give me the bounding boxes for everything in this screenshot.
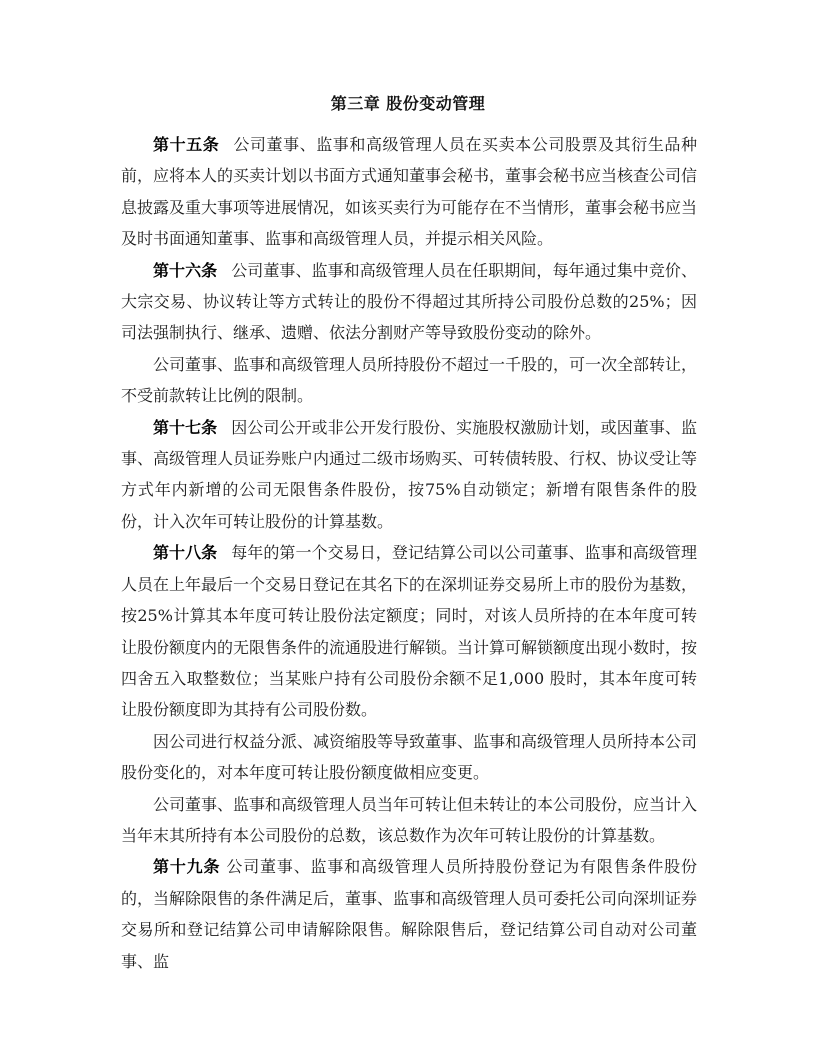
- article-heading: 第十九条: [153, 857, 220, 876]
- document-body: 第十五条公司董事、监事和高级管理人员在买卖本公司股票及其衍生品种前，应将本人的买…: [121, 129, 697, 977]
- article-17: 第十七条因公司公开或非公开发行股份、实施股权激励计划，或因董事、监事、高级管理人…: [121, 412, 697, 538]
- article-18: 第十八条每年的第一个交易日，登记结算公司以公司董事、监事和高级管理人员在上年最后…: [121, 537, 697, 725]
- article-heading: 第十六条: [153, 261, 217, 280]
- article-heading: 第十八条: [153, 543, 217, 562]
- paragraph-text: 因公司进行权益分派、减资缩股等导致董事、监事和高级管理人员所持本公司股份变化的，…: [121, 732, 697, 782]
- paragraph-text: 公司董事、监事和高级管理人员所持股份不超过一千股的，可一次全部转让，不受前款转让…: [121, 355, 697, 405]
- article-19: 第十九条公司董事、监事和高级管理人员所持股份登记为有限售条件股份的，当解除限售的…: [121, 851, 697, 977]
- article-15: 第十五条公司董事、监事和高级管理人员在买卖本公司股票及其衍生品种前，应将本人的买…: [121, 129, 697, 255]
- paragraph-text: 公司董事、监事和高级管理人员当年可转让但未转让的本公司股份，应当计入当年末其所持…: [121, 795, 697, 845]
- document-page: 第三章 股份变动管理 第十五条公司董事、监事和高级管理人员在买卖本公司股票及其衍…: [0, 0, 816, 1056]
- article-heading: 第十七条: [153, 418, 217, 437]
- article-18-clause-3: 公司董事、监事和高级管理人员当年可转让但未转让的本公司股份，应当计入当年末其所持…: [121, 789, 697, 852]
- article-text: 每年的第一个交易日，登记结算公司以公司董事、监事和高级管理人员在上年最后一个交易…: [121, 543, 697, 719]
- article-heading: 第十五条: [153, 135, 219, 154]
- article-16-clause-2: 公司董事、监事和高级管理人员所持股份不超过一千股的，可一次全部转让，不受前款转让…: [121, 349, 697, 412]
- article-16: 第十六条公司董事、监事和高级管理人员在任职期间，每年通过集中竞价、大宗交易、协议…: [121, 255, 697, 349]
- chapter-title: 第三章 股份变动管理: [0, 92, 816, 116]
- article-18-clause-2: 因公司进行权益分派、减资缩股等导致董事、监事和高级管理人员所持本公司股份变化的，…: [121, 726, 697, 789]
